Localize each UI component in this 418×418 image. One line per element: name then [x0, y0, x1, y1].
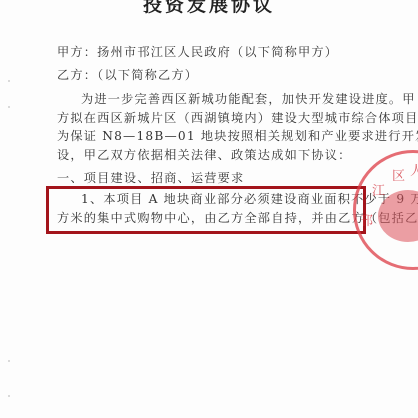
scan-speck [8, 395, 10, 397]
scan-speck [8, 106, 10, 108]
seal-char: 区 [392, 165, 405, 184]
scan-speck [8, 80, 10, 82]
party-a-line: 甲方：扬州市邗江区人民政府（以下简称甲方） [57, 44, 338, 60]
document-page: 投资发展协议 甲方：扬州市邗江区人民政府（以下简称甲方） 乙方：（以下简称乙方）… [0, 0, 418, 418]
preamble-line-2: 方拟在西区新城片区（西湖镇境内）建设大型城市综合体项目。 [57, 110, 418, 126]
party-b-line: 乙方：（以下简称乙方） [57, 67, 198, 83]
document-title: 投资发展协议 [0, 0, 418, 17]
seal-char: 人 [410, 160, 418, 179]
seal-char: 江 [372, 180, 385, 199]
preamble-line-1: 为进一步完善西区新城功能配套，加快开发建设进度。甲 [57, 91, 416, 107]
preamble-line-4: 设，甲乙双方依据相关法律、政策达成如下协议： [57, 147, 352, 163]
seal-char: 邗 [360, 210, 373, 229]
section-heading: 一、项目建设、招商、运营要求 [57, 170, 244, 186]
scan-speck [8, 360, 10, 362]
preamble-line-3: 为保证 N8—18B—01 地块按照相关规划和产业要求进行开发建 [57, 128, 418, 144]
